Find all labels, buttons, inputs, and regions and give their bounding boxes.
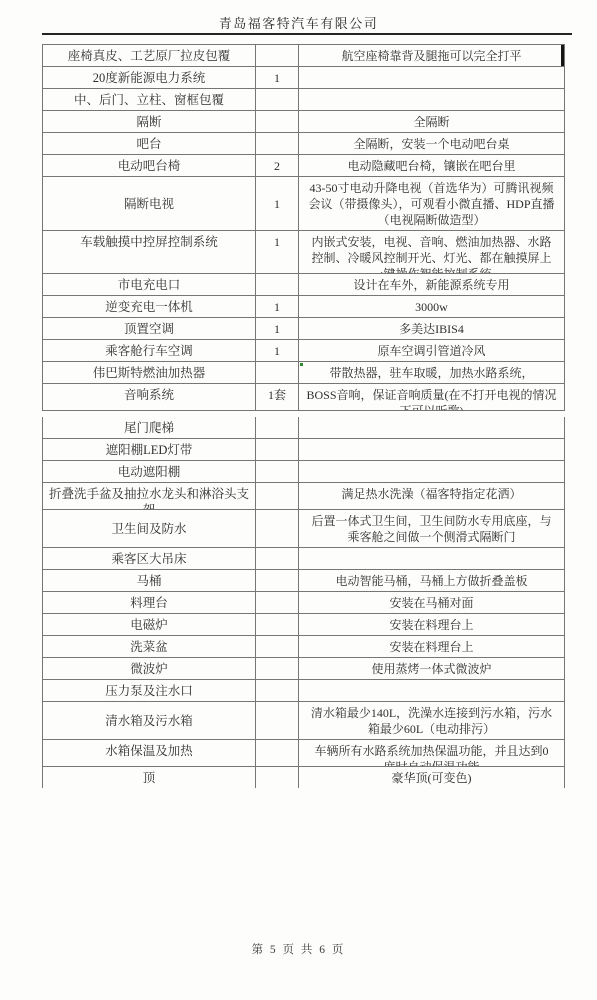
item-name-cell: 乘客舱行车空调: [43, 340, 256, 361]
quantity-cell: [256, 89, 299, 110]
quantity-cell: [256, 483, 299, 509]
quantity-value: 2: [256, 158, 298, 174]
item-name-cell: 清水箱及污水箱: [43, 702, 256, 739]
item-name-cell: 料理台: [43, 592, 256, 613]
text-line: 带散热器，驻车取暖，加热水路系统，: [299, 365, 564, 381]
item-name-cell: 马桶: [43, 570, 256, 591]
quantity-cell: [256, 592, 299, 613]
text-line: 压力泵及注水口: [43, 683, 255, 699]
text-line: 全隔断: [299, 114, 564, 130]
text-line: 洗菜盆: [43, 639, 255, 655]
text-line: 顶置空调: [43, 321, 255, 337]
text-line: 乘客区大吊床: [43, 551, 255, 567]
item-name-cell: 卫生间及防水: [43, 510, 256, 547]
description-cell: 车辆所有水路系统加热保温功能，并且达到0度时自动保温功能: [299, 740, 564, 766]
table-row: 压力泵及注水口: [43, 680, 564, 702]
item-name-cell: 电动遮阳棚: [43, 461, 256, 482]
spec-tables: 座椅真皮、工艺原厂拉皮包覆航空座椅靠背及腿拖可以完全打平20度新能源电力系统1中…: [42, 44, 565, 788]
item-name-cell: 电磁炉: [43, 614, 256, 635]
text-line: 遮阳棚LED灯带: [43, 442, 255, 458]
table-row: 音响系统1套BOSS音响，保证音响质量(在不打开电视的情况下可以听歌): [43, 384, 564, 411]
text-line: 电动遮阳棚: [43, 464, 255, 480]
description-cell: 带散热器，驻车取暖，加热水路系统，: [299, 362, 564, 383]
text-line: 设计在车外，新能源系统专用: [299, 277, 564, 293]
quantity-cell: [256, 658, 299, 679]
description-cell: 设计在车外，新能源系统专用: [299, 274, 564, 295]
text-line: 航空座椅靠背及腿拖可以完全打平: [299, 48, 564, 64]
table-row: 微波炉使用蒸烤一体式微波炉: [43, 658, 564, 680]
item-name-cell: 音响系统: [43, 384, 256, 410]
text-line: 度时自动保温功能: [299, 759, 564, 766]
table-row: 乘客舱行车空调1原车空调引管道冷风: [43, 340, 564, 362]
description-cell: 电动隐藏吧台椅，镶嵌在吧台里: [299, 155, 564, 176]
text-line: 使用蒸烤一体式微波炉: [299, 661, 564, 677]
item-name-cell: 逆变充电一体机: [43, 296, 256, 317]
text-line: 中、后门、立柱、窗框包覆: [43, 92, 255, 108]
text-line: 车辆所有水路系统加热保温功能，并且达到0: [299, 743, 564, 759]
description-cell: [299, 89, 564, 110]
quantity-value: 1: [256, 70, 298, 86]
table-row: 隔断全隔断: [43, 111, 564, 133]
text-line: 尾门爬梯: [43, 420, 255, 436]
text-line: 隔断: [43, 114, 255, 130]
item-name-cell: 压力泵及注水口: [43, 680, 256, 701]
quantity-value: 1: [256, 196, 298, 212]
description-cell: 航空座椅靠背及腿拖可以完全打平: [299, 45, 564, 66]
quantity-cell: 1: [256, 67, 299, 88]
item-name-cell: 洗菜盆: [43, 636, 256, 657]
text-line: 顶: [43, 770, 255, 786]
text-line: 车载触摸中控屏控制系统: [43, 234, 255, 250]
text-line: 内嵌式安装，电视、音响、燃油加热器、水路: [299, 234, 564, 250]
text-line: 伟巴斯特燃油加热器: [43, 365, 255, 381]
description-cell: 满足热水洗澡（福客特指定花洒）: [299, 483, 564, 509]
table-row: 20度新能源电力系统1: [43, 67, 564, 89]
quantity-value: 1: [256, 299, 298, 315]
table-row: 电动吧台椅2电动隐藏吧台椅，镶嵌在吧台里: [43, 155, 564, 177]
table-row: 卫生间及防水后置一体式卫生间，卫生间防水专用底座，与乘客舱之间做一个侧滑式隔断门: [43, 510, 564, 548]
description-cell: 后置一体式卫生间，卫生间防水专用底座，与乘客舱之间做一个侧滑式隔断门: [299, 510, 564, 547]
quantity-cell: [256, 439, 299, 460]
table-row: 市电充电口设计在车外，新能源系统专用: [43, 274, 564, 296]
description-cell: [299, 417, 564, 438]
item-name-cell: 顶置空调: [43, 318, 256, 339]
quantity-cell: [256, 570, 299, 591]
description-cell: 豪华顶(可变色): [299, 767, 564, 788]
quantity-cell: [256, 111, 299, 132]
quantity-cell: 1: [256, 231, 299, 273]
table-row: 中、后门、立柱、窗框包覆: [43, 89, 564, 111]
description-cell: 43-50寸电动升降电视（首选华为）可腾讯视频会议（带摄像头），可观看小微直播、…: [299, 177, 564, 230]
item-name-cell: 电动吧台椅: [43, 155, 256, 176]
quantity-cell: [256, 133, 299, 154]
quantity-cell: [256, 45, 299, 66]
text-line: 一键操作智能控制系统: [299, 266, 564, 273]
text-line: 电动隐藏吧台椅，镶嵌在吧台里: [299, 158, 564, 174]
text-line: 市电充电口: [43, 277, 255, 293]
text-line: 座椅真皮、工艺原厂拉皮包覆: [43, 48, 255, 64]
item-name-cell: 乘客区大吊床: [43, 548, 256, 569]
item-name-cell: 尾门爬梯: [43, 417, 256, 438]
quantity-cell: [256, 767, 299, 788]
item-name-cell: 微波炉: [43, 658, 256, 679]
text-line: 水箱保温及加热: [43, 743, 255, 759]
quantity-cell: 1: [256, 177, 299, 230]
description-cell: 清水箱最少140L，洗澡水连接到污水箱，污水箱最少60L（电动排污）: [299, 702, 564, 739]
item-name-cell: 座椅真皮、工艺原厂拉皮包覆: [43, 45, 256, 66]
text-line: 微波炉: [43, 661, 255, 677]
text-line: 满足热水洗澡（福客特指定花洒）: [299, 486, 564, 502]
item-name-cell: 中、后门、立柱、窗框包覆: [43, 89, 256, 110]
quantity-value: 1: [256, 234, 298, 250]
text-line: 安装在料理台上: [299, 639, 564, 655]
table-row: 料理台安装在马桶对面: [43, 592, 564, 614]
description-cell: BOSS音响，保证音响质量(在不打开电视的情况下可以听歌): [299, 384, 564, 410]
text-line: 会议（带摄像头），可观看小微直播、HDP直播: [299, 196, 564, 212]
table-row: 逆变充电一体机13000w: [43, 296, 564, 318]
text-line: 料理台: [43, 595, 255, 611]
text-line: 3000w: [299, 299, 564, 315]
quantity-value: 1: [256, 343, 298, 359]
table-row: 水箱保温及加热车辆所有水路系统加热保温功能，并且达到0度时自动保温功能: [43, 740, 564, 767]
company-title: 青岛福客特汽车有限公司: [0, 13, 597, 32]
text-line: 43-50寸电动升降电视（首选华为）可腾讯视频: [299, 180, 564, 196]
quantity-value: 1套: [256, 387, 298, 403]
text-line: 后置一体式卫生间，卫生间防水专用底座，与: [299, 513, 564, 529]
text-line: 电磁炉: [43, 617, 255, 633]
spec-table-2: 尾门爬梯遮阳棚LED灯带电动遮阳棚折叠洗手盆及抽拉水龙头和淋浴头支架满足热水洗澡…: [42, 417, 565, 788]
page-number: 第 5 页 共 6 页: [0, 941, 597, 957]
text-line: 马桶: [43, 573, 255, 589]
item-name-cell: 隔断电视: [43, 177, 256, 230]
document-page: 青岛福客特汽车有限公司 座椅真皮、工艺原厂拉皮包覆航空座椅靠背及腿拖可以完全打平…: [0, 0, 597, 1000]
description-cell: 使用蒸烤一体式微波炉: [299, 658, 564, 679]
text-line: 20度新能源电力系统: [43, 70, 255, 86]
text-line: 隔断电视: [43, 196, 255, 212]
spec-table-1: 座椅真皮、工艺原厂拉皮包覆航空座椅靠背及腿拖可以完全打平20度新能源电力系统1中…: [42, 44, 565, 411]
table-row: 电磁炉安装在料理台上: [43, 614, 564, 636]
quantity-cell: [256, 417, 299, 438]
text-line: 全隔断，安装一个电动吧台桌: [299, 136, 564, 152]
quantity-cell: [256, 636, 299, 657]
text-line: 控制、冷暖风控制开光、灯光、都在触摸屏上: [299, 250, 564, 266]
text-line: 折叠洗手盆及抽拉水龙头和淋浴头支: [43, 486, 255, 502]
table-row: 座椅真皮、工艺原厂拉皮包覆航空座椅靠背及腿拖可以完全打平: [43, 45, 564, 67]
quantity-cell: [256, 461, 299, 482]
text-line: BOSS音响，保证音响质量(在不打开电视的情况: [299, 387, 564, 403]
quantity-cell: 2: [256, 155, 299, 176]
description-cell: 安装在料理台上: [299, 614, 564, 635]
description-cell: [299, 439, 564, 460]
table-row: 洗菜盆安装在料理台上: [43, 636, 564, 658]
text-line: 原车空调引管道冷风: [299, 343, 564, 359]
description-cell: 安装在料理台上: [299, 636, 564, 657]
table-row: 遮阳棚LED灯带: [43, 439, 564, 461]
table-row: 折叠洗手盆及抽拉水龙头和淋浴头支架满足热水洗澡（福客特指定花洒）: [43, 483, 564, 510]
quantity-cell: [256, 548, 299, 569]
text-line: 安装在料理台上: [299, 617, 564, 633]
table-row: 顶豪华顶(可变色): [43, 767, 564, 788]
text-line: 逆变充电一体机: [43, 299, 255, 315]
quantity-cell: [256, 680, 299, 701]
quantity-value: 1: [256, 321, 298, 337]
item-name-cell: 顶: [43, 767, 256, 788]
description-cell: [299, 67, 564, 88]
quantity-cell: 1: [256, 318, 299, 339]
description-cell: 3000w: [299, 296, 564, 317]
item-name-cell: 伟巴斯特燃油加热器: [43, 362, 256, 383]
quantity-cell: 1: [256, 296, 299, 317]
description-cell: 安装在马桶对面: [299, 592, 564, 613]
table-row: 车载触摸中控屏控制系统1内嵌式安装，电视、音响、燃油加热器、水路控制、冷暖风控制…: [43, 231, 564, 274]
table-row: 马桶电动智能马桶，马桶上方做折叠盖板: [43, 570, 564, 592]
quantity-cell: 1: [256, 340, 299, 361]
comment-marker-icon: [300, 363, 303, 366]
quantity-cell: [256, 510, 299, 547]
description-cell: 内嵌式安装，电视、音响、燃油加热器、水路控制、冷暖风控制开光、灯光、都在触摸屏上…: [299, 231, 564, 273]
quantity-cell: 1套: [256, 384, 299, 410]
table-row: 伟巴斯特燃油加热器带散热器，驻车取暖，加热水路系统，: [43, 362, 564, 384]
text-line: 乘客舱行车空调: [43, 343, 255, 359]
text-line: 架: [43, 502, 255, 509]
description-cell: 全隔断: [299, 111, 564, 132]
quantity-cell: [256, 740, 299, 766]
text-line: 乘客舱之间做一个侧滑式隔断门: [299, 529, 564, 545]
description-cell: 多美达IBIS4: [299, 318, 564, 339]
quantity-cell: [256, 614, 299, 635]
description-cell: 原车空调引管道冷风: [299, 340, 564, 361]
item-name-cell: 隔断: [43, 111, 256, 132]
table-row: 清水箱及污水箱清水箱最少140L，洗澡水连接到污水箱，污水箱最少60L（电动排污…: [43, 702, 564, 740]
quantity-cell: [256, 362, 299, 383]
quantity-cell: [256, 274, 299, 295]
description-cell: [299, 548, 564, 569]
table-row: 乘客区大吊床: [43, 548, 564, 570]
description-cell: 电动智能马桶，马桶上方做折叠盖板: [299, 570, 564, 591]
text-line: 电动智能马桶，马桶上方做折叠盖板: [299, 573, 564, 589]
text-line: 安装在马桶对面: [299, 595, 564, 611]
item-name-cell: 吧台: [43, 133, 256, 154]
text-line: 卫生间及防水: [43, 521, 255, 537]
text-line: 音响系统: [43, 387, 255, 403]
title-underline: [42, 33, 572, 35]
item-name-cell: 遮阳棚LED灯带: [43, 439, 256, 460]
text-line: 电动吧台椅: [43, 158, 255, 174]
text-line: 吧台: [43, 136, 255, 152]
item-name-cell: 折叠洗手盆及抽拉水龙头和淋浴头支架: [43, 483, 256, 509]
table-row: 电动遮阳棚: [43, 461, 564, 483]
item-name-cell: 市电充电口: [43, 274, 256, 295]
text-line: 箱最少60L（电动排污）: [299, 721, 564, 737]
table-row: 顶置空调1多美达IBIS4: [43, 318, 564, 340]
quantity-cell: [256, 702, 299, 739]
table-row: 隔断电视143-50寸电动升降电视（首选华为）可腾讯视频会议（带摄像头），可观看…: [43, 177, 564, 231]
item-name-cell: 车载触摸中控屏控制系统: [43, 231, 256, 273]
item-name-cell: 20度新能源电力系统: [43, 67, 256, 88]
description-cell: 全隔断，安装一个电动吧台桌: [299, 133, 564, 154]
text-line: 多美达IBIS4: [299, 321, 564, 337]
text-line: 豪华顶(可变色): [299, 770, 564, 786]
text-line: 清水箱及污水箱: [43, 713, 255, 729]
item-name-cell: 水箱保温及加热: [43, 740, 256, 766]
description-cell: [299, 680, 564, 701]
table-row: 吧台全隔断，安装一个电动吧台桌: [43, 133, 564, 155]
text-line: （电视隔断做造型）: [299, 212, 564, 228]
text-line: 清水箱最少140L，洗澡水连接到污水箱，污水: [299, 705, 564, 721]
description-cell: [299, 461, 564, 482]
text-line: 下可以听歌): [299, 403, 564, 410]
table-row: 尾门爬梯: [43, 417, 564, 439]
